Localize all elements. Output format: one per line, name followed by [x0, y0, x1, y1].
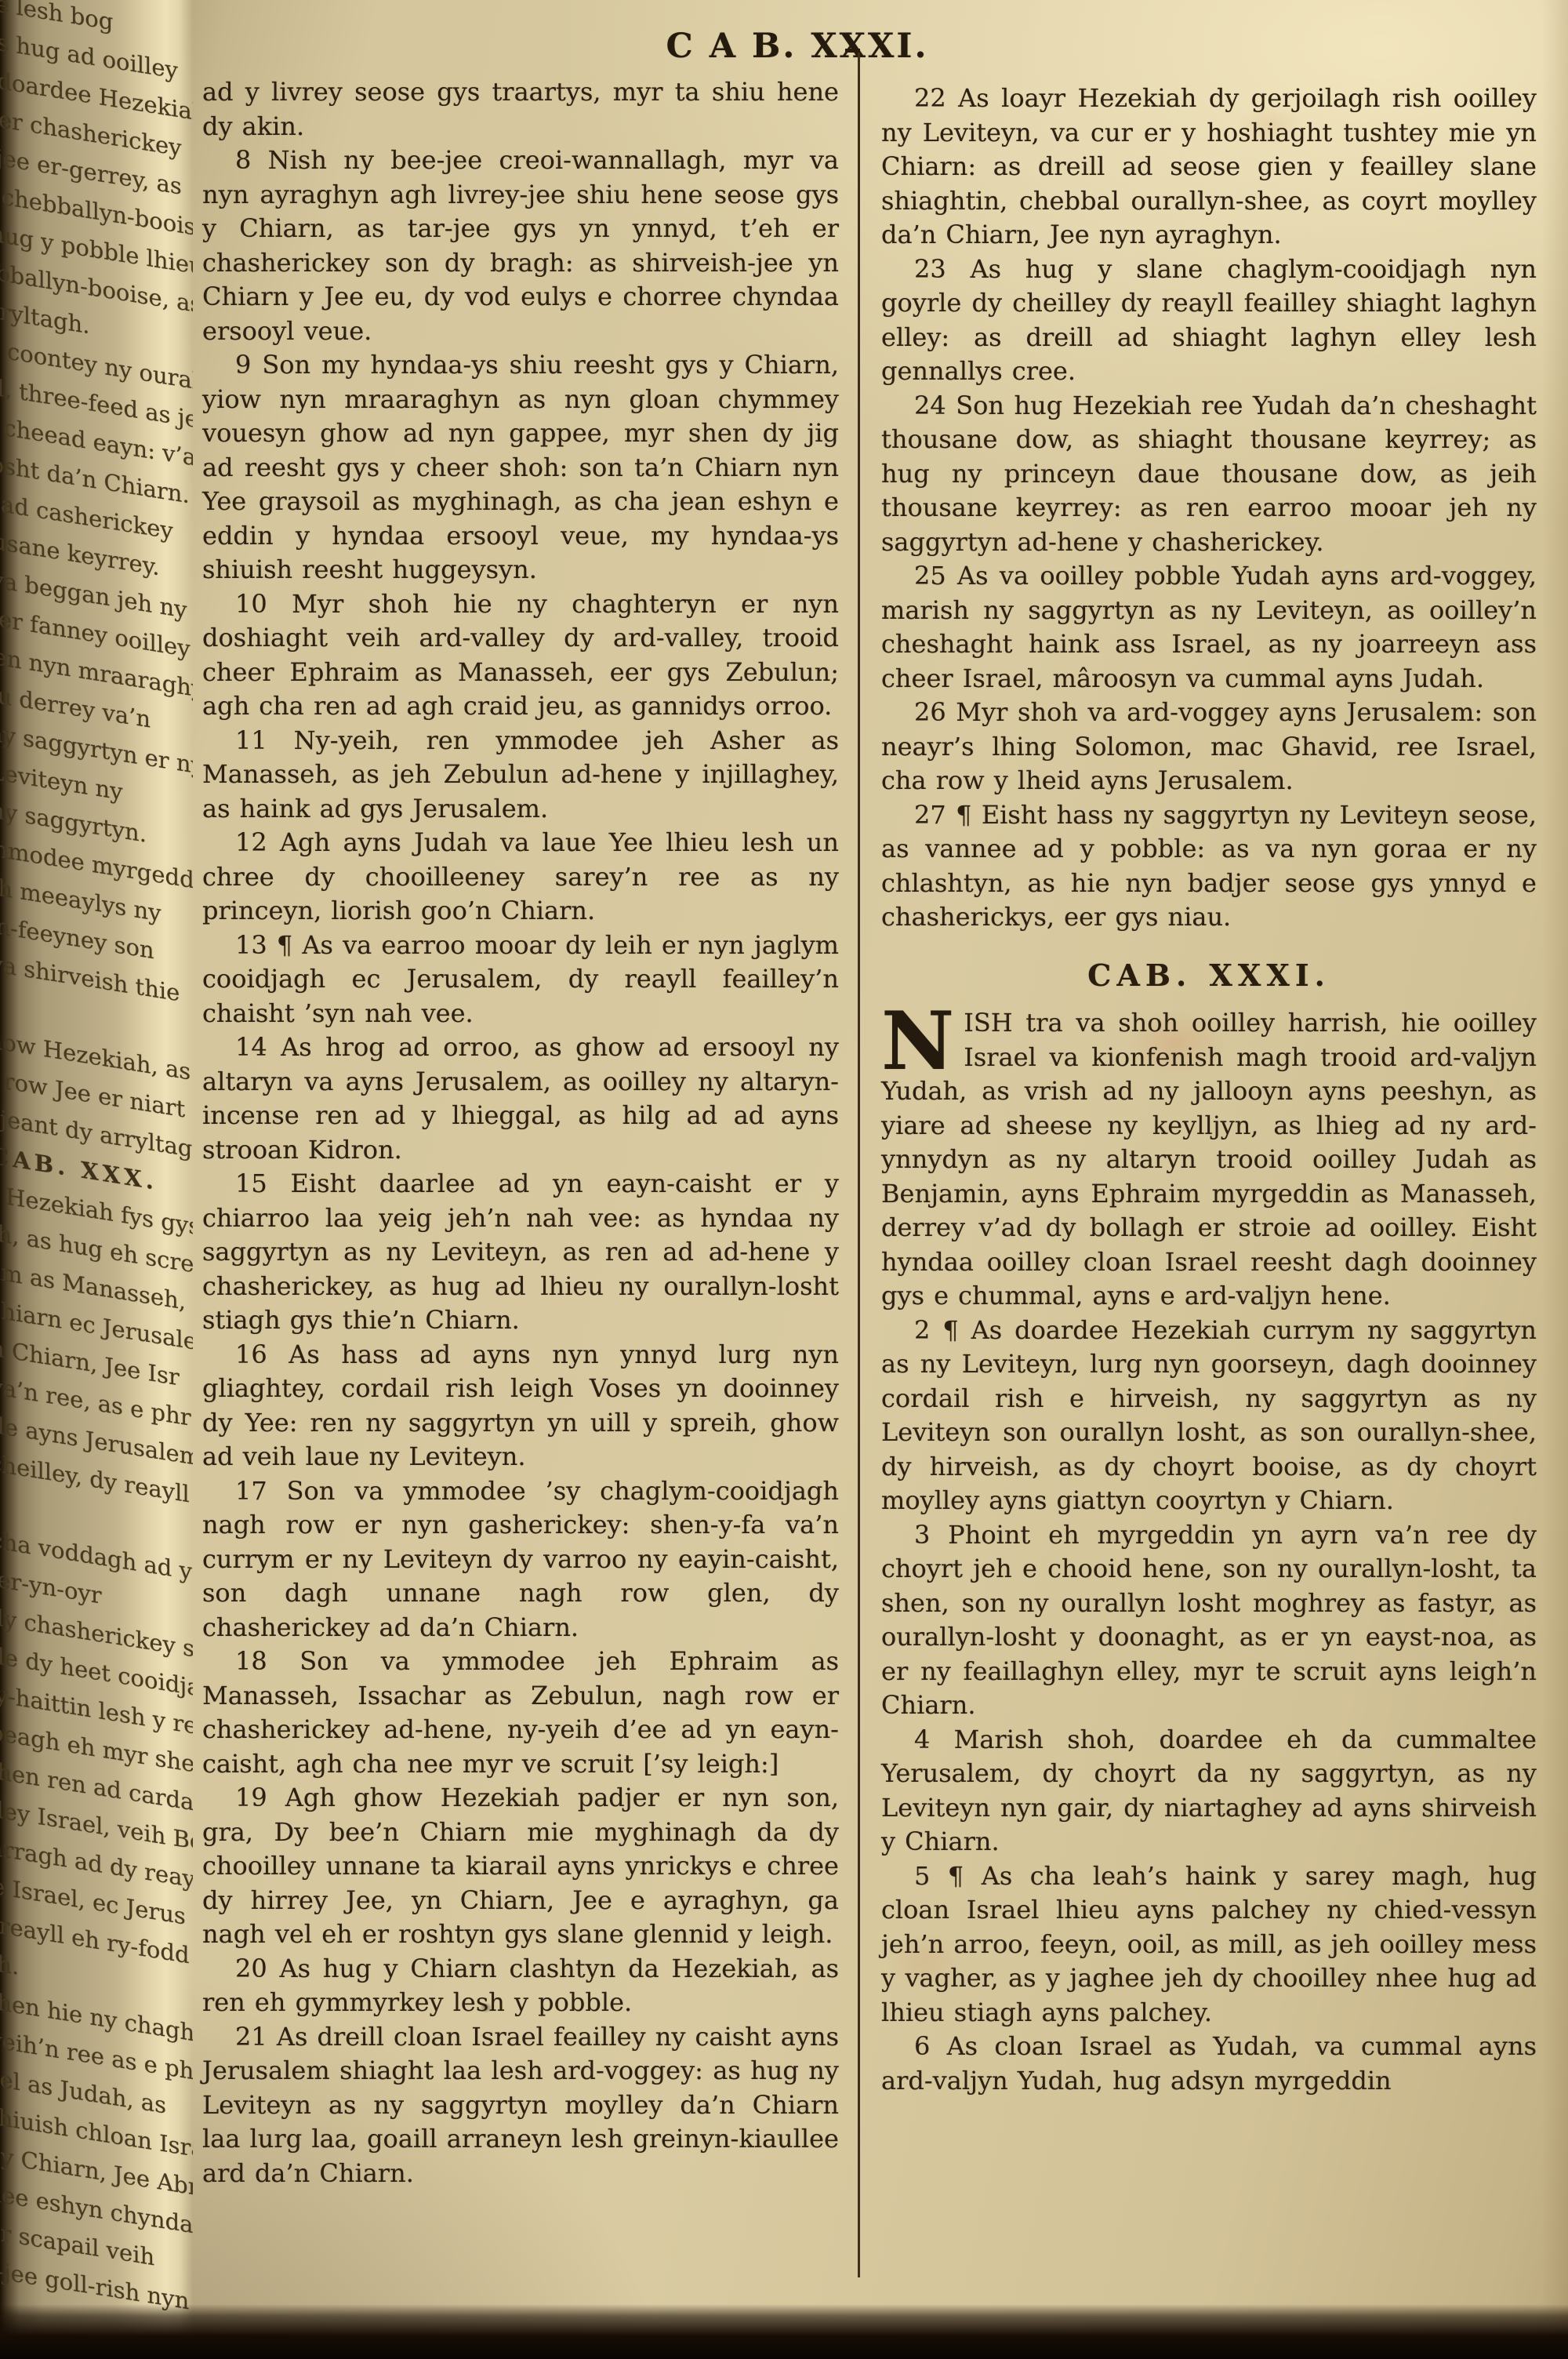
column-divider-rule — [858, 49, 860, 2277]
verse-paragraph: 23 As hug y slane chaglym-cooidjagh nyn … — [881, 253, 1537, 389]
verse-text: 9 Son my hyndaa-ys shiu reesht gys y Chi… — [202, 350, 839, 584]
verse-paragraph: 26 Myr shoh va ard-voggey ayns Jerusalem… — [881, 696, 1537, 798]
verse-text: 14 As hrog ad orroo, as ghow ad ersooyl … — [202, 1032, 839, 1165]
verse-text: 21 As dreill cloan Israel feailley ny ca… — [202, 2022, 839, 2188]
verse-paragraph: 8 Nish ny bee-jee creoi-wannallagh, myr … — [202, 144, 839, 348]
verse-paragraph: 20 As hug y Chiarn clashtyn da Hezekiah,… — [202, 1952, 839, 2020]
verse-text: 2 ¶ As doardee Hezekiah currym ny saggyr… — [881, 1315, 1537, 1516]
verse-text: 11 Ny-yeih, ren ymmodee jeh Asher as Man… — [202, 725, 839, 823]
verse-paragraph: 12 Agh ayns Judah va laue Yee lhieu lesh… — [202, 826, 839, 929]
verse-paragraph: 15 Eisht daarlee ad yn eayn-caisht er y … — [202, 1167, 839, 1338]
verse-text: 4 Marish shoh, doardee eh da cummaltee Y… — [881, 1725, 1537, 1857]
verse-paragraph: 3 Phoint eh myrgeddin yn ayrn va’n ree d… — [881, 1518, 1537, 1723]
verse-paragraph: 11 Ny-yeih, ren ymmodee jeh Asher as Man… — [202, 724, 839, 827]
verse-text: 12 Agh ayns Judah va laue Yee lhieu lesh… — [202, 827, 839, 925]
verse-paragraph: 19 Agh ghow Hezekiah padjer er nyn son, … — [202, 1781, 839, 1952]
verse-text: 24 Son hug Hezekiah ree Yudah da’n chesh… — [881, 391, 1537, 557]
verse-text: 3 Phoint eh myrgeddin yn ayrn va’n ree d… — [881, 1520, 1537, 1721]
text-column-right: 22 As loayr Hezekiah dy gerjoilagh rish … — [881, 82, 1537, 2098]
verse-paragraph: NISH tra va shoh ooilley harrish, hie oo… — [881, 1006, 1537, 1314]
verse-text: 18 Son va ymmodee jeh Ephraim as Manasse… — [202, 1646, 839, 1779]
verse-paragraph: 10 Myr shoh hie ny chaghteryn er nyn dos… — [202, 587, 839, 724]
verse-paragraph: 22 As loayr Hezekiah dy gerjoilagh rish … — [881, 82, 1537, 253]
verse-text: 19 Agh ghow Hezekiah padjer er nyn son, … — [202, 1783, 839, 1949]
drop-cap-letter: N — [881, 1010, 954, 1073]
verse-paragraph: 24 Son hug Hezekiah ree Yudah da’n chesh… — [881, 389, 1537, 560]
verse-paragraph: 5 ¶ As cha leah’s haink y sarey magh, hu… — [881, 1859, 1537, 2030]
verse-paragraph: 21 As dreill cloan Israel feailley ny ca… — [202, 2020, 839, 2191]
verse-paragraph: 18 Son va ymmodee jeh Ephraim as Manasse… — [202, 1645, 839, 1781]
verse-text: 16 As hass ad ayns nyn ynnyd lurg nyn gl… — [202, 1339, 839, 1472]
text-column-left: ad y livrey seose gys traartys, myr ta s… — [202, 75, 839, 2190]
verse-text: 23 As hug y slane chaglym-cooidjagh nyn … — [881, 254, 1537, 387]
gutter-text-block: yllee lesh bogg, as hug ad ooilleysht do… — [0, 0, 193, 2359]
page-title: C A B. XXXI. — [666, 27, 929, 66]
verse-text: 26 Myr shoh va ard-voggey ayns Jerusalem… — [881, 697, 1537, 795]
verse-text: 20 As hug y Chiarn clashtyn da Hezekiah,… — [202, 1954, 839, 2018]
verse-text: 8 Nish ny bee-jee creoi-wannallagh, myr … — [202, 145, 839, 346]
verse-paragraph: 27 ¶ Eisht hass ny saggyrtyn ny Leviteyn… — [881, 798, 1537, 935]
verse-text: ISH tra va shoh ooilley harrish, hie ooi… — [881, 1008, 1537, 1310]
verse-text: 6 As cloan Israel as Yudah, va cummal ay… — [881, 2031, 1537, 2095]
verse-text: 27 ¶ Eisht hass ny saggyrtyn ny Leviteyn… — [881, 800, 1537, 932]
verse-paragraph: 4 Marish shoh, doardee eh da cummaltee Y… — [881, 1723, 1537, 1859]
verse-text: 13 ¶ As va earroo mooar dy leih er nyn j… — [202, 930, 839, 1028]
verse-paragraph: 25 As va ooilley pobble Yudah ayns ard-v… — [881, 559, 1537, 696]
verse-text: 15 Eisht daarlee ad yn eayn-caisht er y … — [202, 1169, 839, 1335]
verse-paragraph: ad y livrey seose gys traartys, myr ta s… — [202, 75, 839, 144]
verse-paragraph: 13 ¶ As va earroo mooar dy leih er nyn j… — [202, 929, 839, 1031]
verse-text: 17 Son va ymmodee ’sy chaglym-cooidjagh … — [202, 1476, 839, 1642]
verse-text: 25 As va ooilley pobble Yudah ayns ard-v… — [881, 561, 1537, 693]
verse-text: 10 Myr shoh hie ny chaghteryn er nyn dos… — [202, 589, 839, 722]
scanned-book-page: yllee lesh bogg, as hug ad ooilleysht do… — [0, 0, 1568, 2359]
verse-paragraph: 16 As hass ad ayns nyn ynnyd lurg nyn gl… — [202, 1338, 839, 1474]
verse-paragraph: 9 Son my hyndaa-ys shiu reesht gys y Chi… — [202, 348, 839, 587]
verse-paragraph: 2 ¶ As doardee Hezekiah currym ny saggyr… — [881, 1314, 1537, 1518]
page-right-edge-shade — [1541, 0, 1568, 2359]
verse-text: ad y livrey seose gys traartys, myr ta s… — [202, 77, 839, 141]
verse-text: 5 ¶ As cha leah’s haink y sarey magh, hu… — [881, 1861, 1537, 2027]
photo-background-bottom — [0, 2304, 1568, 2359]
verse-paragraph: 17 Son va ymmodee ’sy chaglym-cooidjagh … — [202, 1474, 839, 1645]
verse-text: 22 As loayr Hezekiah dy gerjoilagh rish … — [881, 83, 1537, 249]
verse-paragraph: 6 As cloan Israel as Yudah, va cummal ay… — [881, 2030, 1537, 2098]
verse-paragraph: 14 As hrog ad orroo, as ghow ad ersooyl … — [202, 1030, 839, 1167]
verse-text: CAB. XXXI. — [1087, 958, 1330, 993]
verse-paragraph: CAB. XXXI. — [881, 958, 1537, 993]
gutter-previous-page: yllee lesh bogg, as hug ad ooilleysht do… — [0, 0, 193, 2359]
